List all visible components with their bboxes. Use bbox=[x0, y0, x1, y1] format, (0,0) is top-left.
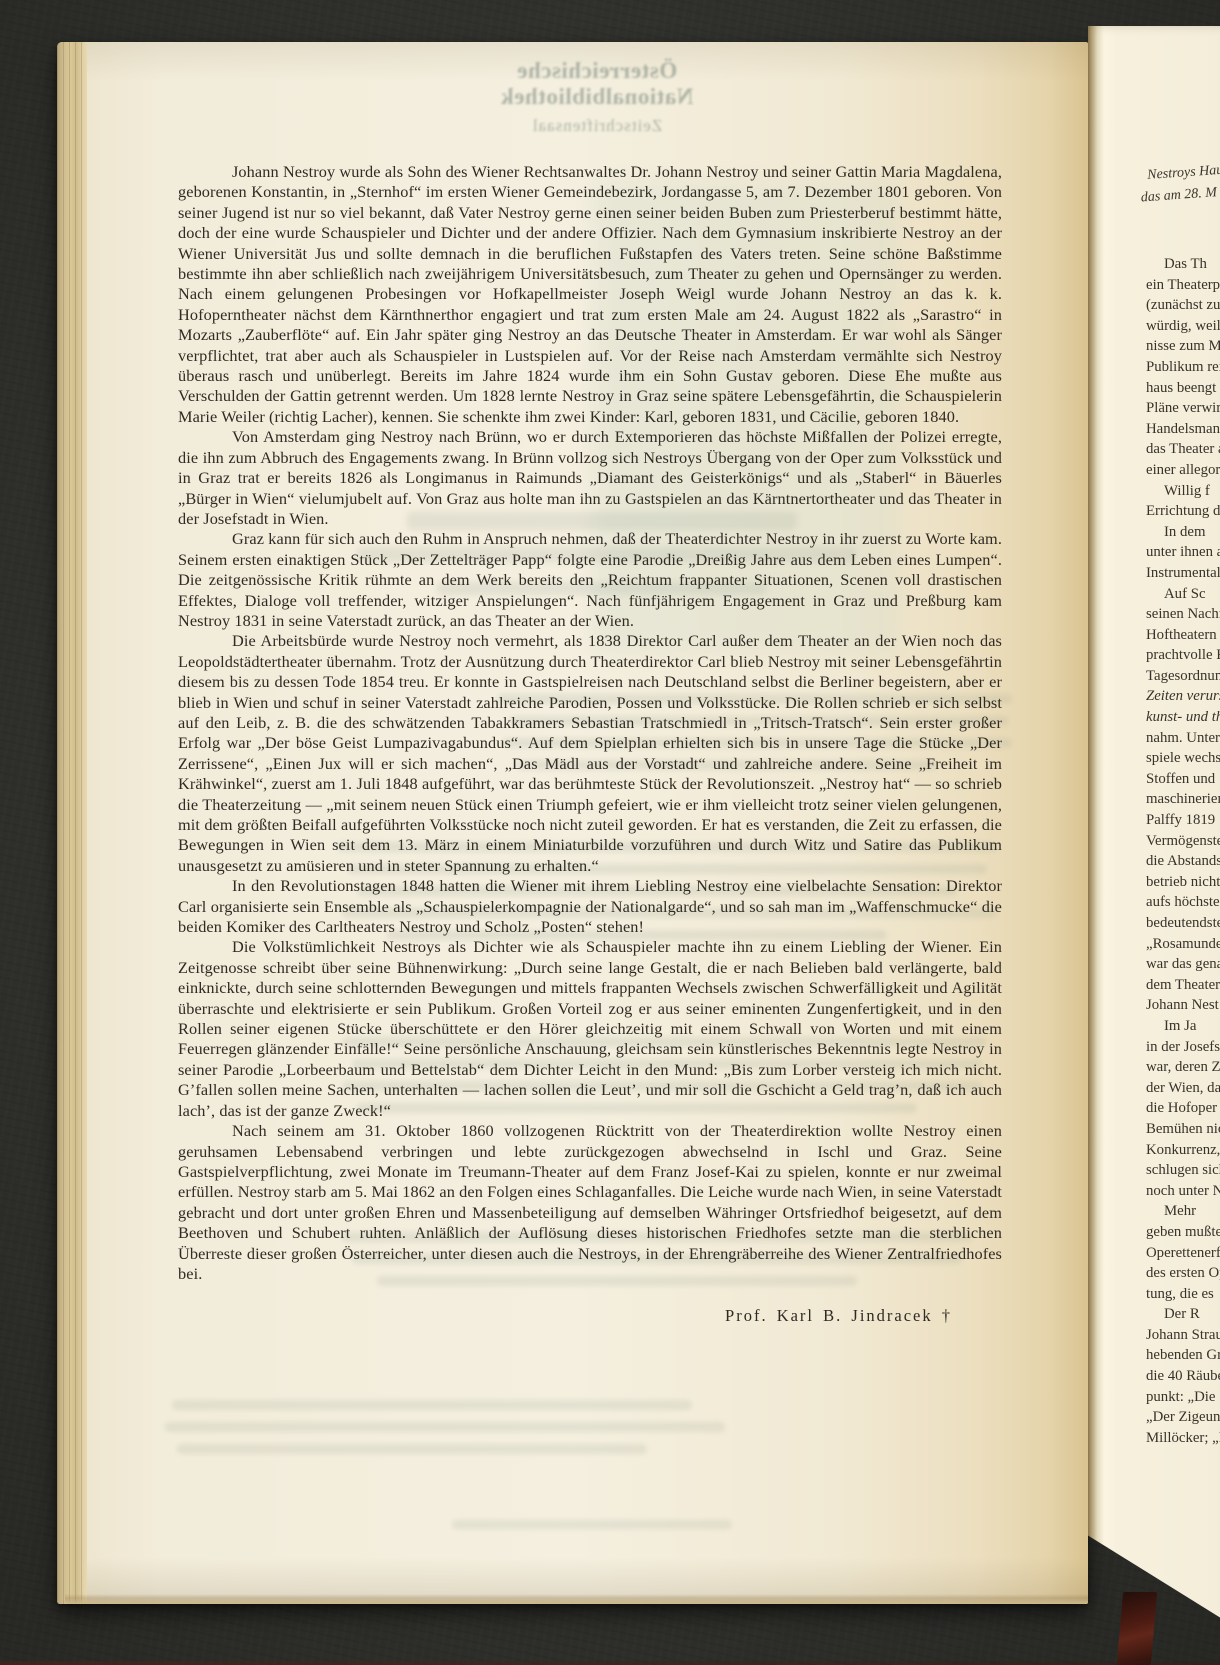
text-line-fragment: aufs höchste bbox=[1146, 892, 1220, 913]
bleedthrough-text-line bbox=[177, 1444, 647, 1454]
paragraph: Graz kann für sich auch den Ruhm in Ansp… bbox=[178, 529, 1002, 631]
text-line-fragment: spiele wechse bbox=[1146, 748, 1220, 769]
page-edge-stack bbox=[57, 42, 87, 1604]
text-line-fragment: die Abstands bbox=[1146, 851, 1220, 872]
text-line-fragment: In dem bbox=[1146, 522, 1220, 543]
text-line-fragment: Stoffen und bbox=[1146, 769, 1220, 790]
text-line-fragment: Errichtung der bbox=[1146, 501, 1220, 522]
text-line-fragment: Konkurrenz, bbox=[1146, 1140, 1220, 1161]
text-line-fragment: einer allegorisc bbox=[1146, 460, 1220, 481]
text-line-fragment: kunst- und th bbox=[1146, 707, 1220, 728]
text-line-fragment: nahm. Unter bbox=[1146, 728, 1220, 749]
text-line-fragment: nisse zum Me bbox=[1146, 336, 1220, 357]
paragraph: Johann Nestroy wurde als Sohn des Wiener… bbox=[178, 162, 1002, 427]
text-line-fragment: Pläne verwirkli bbox=[1146, 398, 1220, 419]
text-line-fragment: prachtvolle E bbox=[1146, 645, 1220, 666]
text-line-fragment: Instrumentalw bbox=[1146, 563, 1220, 584]
text-line-fragment: haus beengt u bbox=[1146, 378, 1220, 399]
text-line-fragment: (zunächst zusa bbox=[1146, 295, 1220, 316]
left-page: Österreichische Nationalbibliothek Zeits… bbox=[57, 42, 1088, 1604]
paragraph: Die Volkstümlichkeit Nestroys als Dichte… bbox=[178, 937, 1002, 1121]
paragraph: In den Revolutionstagen 1848 hatten die … bbox=[178, 876, 1002, 937]
text-line-fragment: bedeutendste bbox=[1146, 913, 1220, 934]
text-line-fragment: ein Theaterpri bbox=[1146, 275, 1220, 296]
article-text: Johann Nestroy wurde als Sohn des Wiener… bbox=[178, 162, 1002, 1327]
text-line-fragment: Hoftheatern b bbox=[1146, 625, 1220, 646]
paragraph: Von Amsterdam ging Nestroy nach Brünn, w… bbox=[178, 427, 1002, 529]
text-line-fragment: die Hofoper b bbox=[1146, 1098, 1220, 1119]
text-line-fragment: punkt: „Die bbox=[1146, 1387, 1220, 1408]
adjacent-page: Nestroys Hauptdas am 28. M Das Thein The… bbox=[1088, 26, 1220, 1665]
bleedthrough-stamp-line2: Zeitschriftensaal bbox=[427, 116, 767, 136]
text-line-fragment: die 40 Räube bbox=[1146, 1366, 1220, 1387]
paragraph: Nach seinem am 31. Oktober 1860 vollzoge… bbox=[178, 1121, 1002, 1284]
bleedthrough-text-line bbox=[165, 1422, 725, 1432]
text-line-fragment: Palffy 1819 bbox=[1146, 810, 1220, 831]
bleedthrough-text-line bbox=[172, 1400, 692, 1410]
text-line-fragment: Auf Sc bbox=[1146, 584, 1220, 605]
text-line-fragment: Johann Strau bbox=[1146, 1325, 1220, 1346]
adjacent-page-caption: Nestroys Hauptdas am 28. M bbox=[1139, 159, 1220, 210]
text-line-fragment: würdig, weil i bbox=[1146, 316, 1220, 337]
bleedthrough-text-line bbox=[452, 1520, 732, 1529]
bleedthrough-stamp-line1: Österreichische Nationalbibliothek bbox=[427, 58, 767, 110]
text-line-fragment: tung, die es bbox=[1146, 1284, 1220, 1305]
author-signature: Prof. Karl B. Jindracek † bbox=[178, 1306, 1002, 1326]
text-line-fragment: der Wien, daß bbox=[1146, 1078, 1220, 1099]
text-line-fragment: betrieb nicht bbox=[1146, 872, 1220, 893]
page-edge-bottom bbox=[65, 1594, 1088, 1604]
paragraph: Die Arbeitsbürde wurde Nestroy noch verm… bbox=[178, 631, 1002, 876]
text-line-fragment: Im Ja bbox=[1146, 1016, 1220, 1037]
text-line-fragment: hebenden Gr bbox=[1146, 1345, 1220, 1366]
adjacent-page-column: Das Thein Theaterpri(zunächst zusawürdig… bbox=[1146, 254, 1220, 1448]
text-line-fragment: Publikum reic bbox=[1146, 357, 1220, 378]
text-line-fragment: Das Th bbox=[1146, 254, 1220, 275]
text-line-fragment: seinen Nachf bbox=[1146, 604, 1220, 625]
text-line-fragment: des ersten Op bbox=[1146, 1263, 1220, 1284]
text-line-fragment: Handelsmann, bbox=[1146, 419, 1220, 440]
text-line-fragment: Vermögenste bbox=[1146, 831, 1220, 852]
text-line-fragment: Bemühen nic bbox=[1146, 1119, 1220, 1140]
text-line-fragment: geben mußte, bbox=[1146, 1222, 1220, 1243]
book-scan: Österreichische Nationalbibliothek Zeits… bbox=[0, 0, 1220, 1665]
text-line-fragment: war, deren Z bbox=[1146, 1057, 1220, 1078]
text-line-fragment: Willig f bbox=[1146, 481, 1220, 502]
text-line-fragment: war das gena bbox=[1146, 954, 1220, 975]
text-line-fragment: in der Josefst bbox=[1146, 1037, 1220, 1058]
text-line-fragment: das Theater an bbox=[1146, 439, 1220, 460]
text-line-fragment: Zeiten verurs bbox=[1146, 686, 1220, 707]
text-line-fragment: Operettenerfo bbox=[1146, 1243, 1220, 1264]
text-line-fragment: unter ihnen au bbox=[1146, 542, 1220, 563]
text-line-fragment: dem Theater bbox=[1146, 975, 1220, 996]
text-line-fragment: Mehr bbox=[1146, 1201, 1220, 1222]
text-line-fragment: Tagesordnun bbox=[1146, 666, 1220, 687]
text-line-fragment: Johann Nest bbox=[1146, 995, 1220, 1016]
text-line-fragment: „Rosamunde bbox=[1146, 934, 1220, 955]
spine-ribbon bbox=[1117, 1592, 1157, 1665]
text-line-fragment: Millöcker; „I bbox=[1146, 1428, 1220, 1449]
text-line-fragment: schlugen sich bbox=[1146, 1160, 1220, 1181]
text-line-fragment: Der R bbox=[1146, 1304, 1220, 1325]
text-line-fragment: „Der Zigeun bbox=[1146, 1407, 1220, 1428]
binding-edge bbox=[0, 1661, 1220, 1665]
text-line-fragment: maschinerien bbox=[1146, 789, 1220, 810]
text-line-fragment: noch unter N bbox=[1146, 1181, 1220, 1202]
bleedthrough-library-stamp: Österreichische Nationalbibliothek Zeits… bbox=[427, 58, 767, 136]
